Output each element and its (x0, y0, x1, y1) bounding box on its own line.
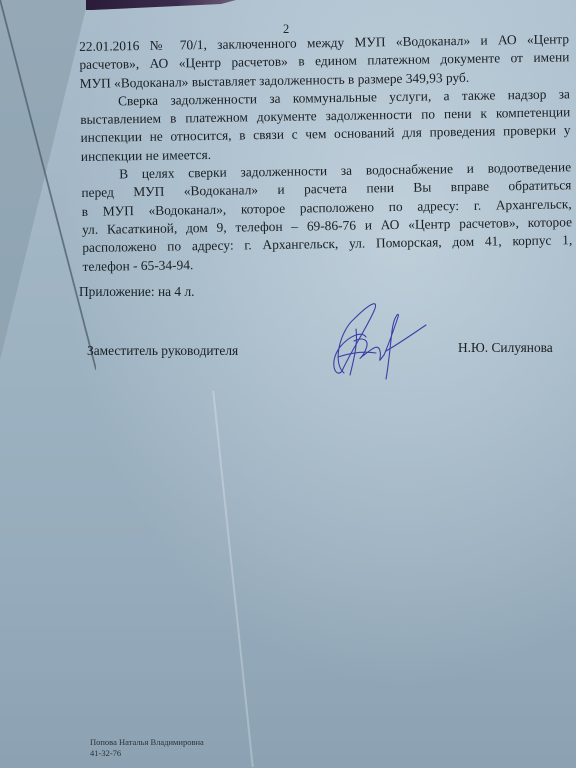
executor-name: Попова Наталья Владимировна (90, 737, 204, 748)
paragraph-competence: Сверка задолженности за коммунальные усл… (80, 85, 571, 166)
handwritten-signature (310, 293, 430, 381)
paragraph-contract: 22.01.2016 № 70/1, заключенного между МУ… (79, 30, 570, 93)
paragraph-contacts: В целях сверки задолженности за водоснаб… (81, 158, 573, 275)
letter-body: 22.01.2016 № 70/1, заключенного между МУ… (79, 30, 573, 276)
attachment-note: Приложение: на 4 л. (79, 284, 194, 300)
signatory-name: Н.Ю. Силуянова (458, 340, 553, 356)
executor-phone: 41-32-76 (90, 748, 204, 759)
signatory-role: Заместитель руководителя (87, 343, 238, 359)
executor-info: Попова Наталья Владимировна 41-32-76 (90, 737, 204, 759)
